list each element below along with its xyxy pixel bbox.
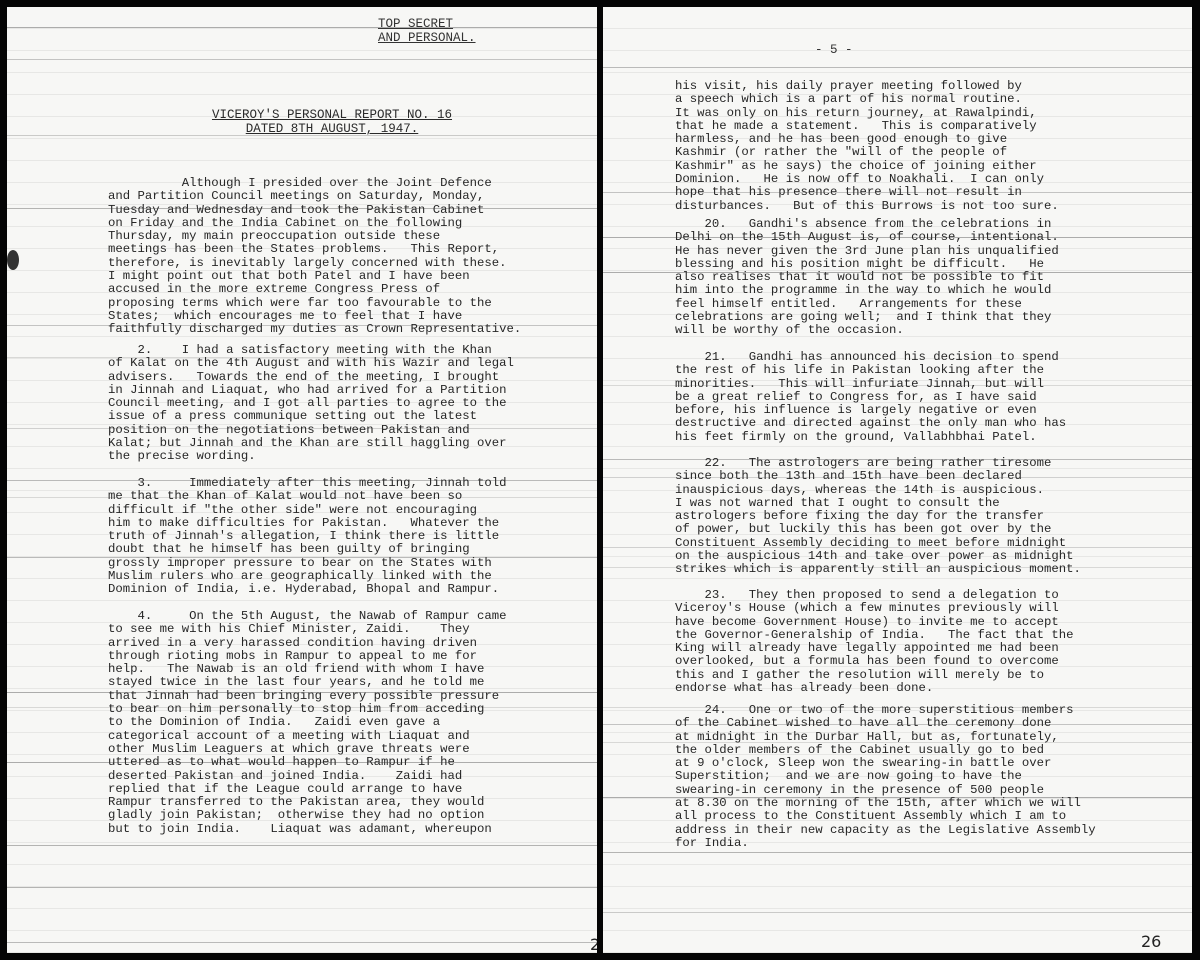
scan-line bbox=[7, 692, 597, 693]
page-number: - 5 - bbox=[815, 43, 853, 57]
text-line: issue of a press communique setting out … bbox=[108, 410, 514, 423]
scan-line bbox=[603, 385, 1192, 386]
text-line: Muslim rulers who are geographically lin… bbox=[108, 570, 506, 583]
scan-line bbox=[603, 912, 1192, 913]
scan-line bbox=[603, 742, 1192, 743]
scan-line bbox=[7, 135, 597, 136]
text-line: It was only on his return journey, at Ra… bbox=[675, 107, 1059, 120]
scan-line bbox=[603, 567, 1192, 568]
text-line: difficult if "the other side" were not e… bbox=[108, 504, 506, 517]
scan-line bbox=[603, 724, 1192, 725]
text-line: address in their new capacity as the Leg… bbox=[675, 824, 1096, 837]
text-line: feel himself entitled. Arrangements for … bbox=[675, 298, 1059, 311]
text-line: Tuesday and Wednesday and took the Pakis… bbox=[108, 204, 521, 217]
scan-line bbox=[603, 707, 1192, 708]
paragraph-23: 23. They then proposed to send a delegat… bbox=[675, 589, 1073, 695]
text-line: help. The Nawab is an old friend with wh… bbox=[108, 663, 506, 676]
text-line: to bear on him personally to stop him fr… bbox=[108, 703, 506, 716]
text-line: stayed twice in the last four years, and… bbox=[108, 676, 506, 689]
text-line: to the Dominion of India. Zaidi even gav… bbox=[108, 716, 506, 729]
text-line: but to join India. Liaquat was adamant, … bbox=[108, 823, 506, 836]
text-line: gladly join Pakistan; otherwise they had… bbox=[108, 809, 506, 822]
scan-line bbox=[603, 852, 1192, 853]
paragraph-21: 21. Gandhi has announced his decision to… bbox=[675, 351, 1066, 444]
scan-line bbox=[603, 272, 1192, 273]
scan-line bbox=[603, 192, 1192, 193]
scan-line bbox=[603, 477, 1192, 478]
scan-line bbox=[7, 707, 597, 708]
text-line: replied that if the League could arrange… bbox=[108, 783, 506, 796]
scan-line bbox=[7, 325, 597, 326]
text-line: Rampur transferred to the Pakistan area,… bbox=[108, 796, 506, 809]
text-line: truth of Jinnah's allegation, I think th… bbox=[108, 530, 506, 543]
text-line: disturbances. But of this Burrows is not… bbox=[675, 200, 1059, 213]
text-line: him into the programme in the way to whi… bbox=[675, 284, 1059, 297]
scan-line bbox=[7, 208, 597, 209]
paragraph-19-continued: his visit, his daily prayer meeting foll… bbox=[675, 80, 1059, 213]
text-line: Kalat; but Jinnah and the Khan are still… bbox=[108, 437, 514, 450]
text-line: grossly improper pressure to bear on the… bbox=[108, 557, 506, 570]
report-title-line-2: DATED 8TH AUGUST, 1947. bbox=[32, 122, 597, 136]
text-line: his feet firmly on the ground, Vallabhbh… bbox=[675, 431, 1066, 444]
report-title-line-1: VICEROY'S PERSONAL REPORT NO. 16 bbox=[32, 108, 597, 122]
text-line: Thursday, my main preoccupation outside … bbox=[108, 230, 521, 243]
scan-line bbox=[7, 942, 597, 943]
text-line: all process to the Constituent Assembly … bbox=[675, 810, 1096, 823]
text-line: Constituent Assembly deciding to meet be… bbox=[675, 537, 1081, 550]
text-line: in Jinnah and Liaquat, who had arrived f… bbox=[108, 384, 514, 397]
text-line: advisers. Towards the end of the meeting… bbox=[108, 371, 514, 384]
text-line: destructive and directed against the onl… bbox=[675, 417, 1066, 430]
scan-line bbox=[7, 845, 597, 846]
text-line: the rest of his life in Pakistan looking… bbox=[675, 364, 1066, 377]
text-line: harmless, and he has been good enough to… bbox=[675, 133, 1059, 146]
text-line: him to make difficulties for Pakistan. W… bbox=[108, 517, 506, 530]
text-line: Superstition; and we are now going to ha… bbox=[675, 770, 1096, 783]
text-line: his visit, his daily prayer meeting foll… bbox=[675, 80, 1059, 93]
text-line: other Muslim Leaguers at which grave thr… bbox=[108, 743, 506, 756]
text-line: this and I gather the resolution will me… bbox=[675, 669, 1073, 682]
text-line: States; which encourages me to feel that… bbox=[108, 310, 521, 323]
paragraph-24: 24. One or two of the more superstitious… bbox=[675, 704, 1096, 850]
text-line: a speech which is a part of his normal r… bbox=[675, 93, 1059, 106]
text-line: of power, but luckily this has been got … bbox=[675, 523, 1081, 536]
scan-line bbox=[7, 480, 597, 481]
punch-hole-mark bbox=[7, 250, 19, 270]
text-line: the precise wording. bbox=[108, 450, 514, 463]
text-line: to see me with his Chief Minister, Zaidi… bbox=[108, 623, 506, 636]
text-line: proposing terms which were far too favou… bbox=[108, 297, 521, 310]
text-line: on the auspicious 14th and take over pow… bbox=[675, 550, 1081, 563]
text-line: astrologers before fixing the day for th… bbox=[675, 510, 1081, 523]
text-line: at 9 o'clock, Sleep won the swearing-in … bbox=[675, 757, 1096, 770]
paragraph-2: 2. I had a satisfactory meeting with the… bbox=[108, 344, 514, 464]
text-line: before, his influence is largely negativ… bbox=[675, 404, 1066, 417]
scan-line bbox=[7, 27, 597, 28]
text-line: have become Government House) to invite … bbox=[675, 616, 1073, 629]
text-line: 21. Gandhi has announced his decision to… bbox=[675, 351, 1066, 364]
text-line: 23. They then proposed to send a delegat… bbox=[675, 589, 1073, 602]
text-line: He has never given the 3rd June plan his… bbox=[675, 245, 1059, 258]
text-line: through rioting mobs in Rampur to appeal… bbox=[108, 650, 506, 663]
text-line: the older members of the Cabinet usually… bbox=[675, 744, 1096, 757]
scan-line bbox=[7, 557, 597, 558]
document-page-right: - 5 - his visit, his daily prayer meetin… bbox=[603, 7, 1192, 953]
scan-line bbox=[603, 547, 1192, 548]
text-line: Council meeting, and I got all parties t… bbox=[108, 397, 514, 410]
scan-line bbox=[7, 357, 597, 358]
text-line: swearing-in ceremony in the presence of … bbox=[675, 784, 1096, 797]
scan-line bbox=[603, 459, 1192, 460]
text-line: 4. On the 5th August, the Nawab of Rampu… bbox=[108, 610, 506, 623]
folio-number: 26 bbox=[1141, 932, 1161, 951]
scan-line bbox=[7, 762, 597, 763]
text-line: of Kalat on the 4th August and with his … bbox=[108, 357, 514, 370]
text-line: 20. Gandhi's absence from the celebratio… bbox=[675, 218, 1059, 231]
text-line: Kashmir (or rather the "will of the peop… bbox=[675, 146, 1059, 159]
text-line: meetings has been the States problems. T… bbox=[108, 243, 521, 256]
text-line: arrived in a very harassed condition hav… bbox=[108, 637, 506, 650]
scan-line bbox=[7, 887, 597, 888]
text-line: I might point out that both Patel and I … bbox=[108, 270, 521, 283]
text-line: endorse what has already been done. bbox=[675, 682, 1073, 695]
text-line: 2. I had a satisfactory meeting with the… bbox=[108, 344, 514, 357]
text-line: therefore, is inevitably largely concern… bbox=[108, 257, 521, 270]
text-line: inauspicious days, whereas the 14th is a… bbox=[675, 484, 1081, 497]
text-line: deserted Pakistan and joined India. Zaid… bbox=[108, 770, 506, 783]
classification-line-1: TOP SECRET bbox=[378, 17, 476, 31]
scan-line bbox=[7, 59, 597, 60]
text-line: for India. bbox=[675, 837, 1096, 850]
text-line: blessing and his position might be diffi… bbox=[675, 258, 1059, 271]
paragraph-4: 4. On the 5th August, the Nawab of Rampu… bbox=[108, 610, 506, 836]
text-line: Dominion. He is now off to Noakhali. I c… bbox=[675, 173, 1059, 186]
scan-line bbox=[603, 237, 1192, 238]
text-line: that he made a statement. This is compar… bbox=[675, 120, 1059, 133]
text-line: 3. Immediately after this meeting, Jinna… bbox=[108, 477, 506, 490]
text-line: Viceroy's House (which a few minutes pre… bbox=[675, 602, 1073, 615]
classification-stamp: TOP SECRET AND PERSONAL. bbox=[378, 17, 476, 45]
text-line: accused in the more extreme Congress Pre… bbox=[108, 283, 521, 296]
report-title: VICEROY'S PERSONAL REPORT NO. 16 DATED 8… bbox=[7, 108, 597, 136]
paragraph-22: 22. The astrologers are being rather tir… bbox=[675, 457, 1081, 577]
text-line: will be worthy of the occasion. bbox=[675, 324, 1059, 337]
document-page-left: TOP SECRET AND PERSONAL. VICEROY'S PERSO… bbox=[7, 7, 597, 953]
text-line: categorical account of a meeting with Li… bbox=[108, 730, 506, 743]
text-line: be a great relief to Congress for, as I … bbox=[675, 391, 1066, 404]
text-line: at 8.30 on the morning of the 15th, afte… bbox=[675, 797, 1096, 810]
paragraph-3: 3. Immediately after this meeting, Jinna… bbox=[108, 477, 506, 597]
folio-number: 2 bbox=[590, 935, 597, 953]
text-line: strikes which is apparently still an aus… bbox=[675, 563, 1081, 576]
text-line: Dominion of India, i.e. Hyderabad, Bhopa… bbox=[108, 583, 506, 596]
text-line: and Partition Council meetings on Saturd… bbox=[108, 190, 521, 203]
text-line: overlooked, but a formula has been found… bbox=[675, 655, 1073, 668]
text-line: also realises that it would not be possi… bbox=[675, 271, 1059, 284]
classification-line-2: AND PERSONAL. bbox=[378, 31, 476, 45]
text-line: the Governor-Generalship of India. The f… bbox=[675, 629, 1073, 642]
text-line: hope that his presence there will not re… bbox=[675, 186, 1059, 199]
scan-line bbox=[603, 797, 1192, 798]
paragraph-intro: Although I presided over the Joint Defen… bbox=[108, 177, 521, 337]
text-line: on Friday and the India Cabinet on the f… bbox=[108, 217, 521, 230]
text-line: Kashmir" as he says) the choice of joini… bbox=[675, 160, 1059, 173]
text-line: King will already have legally appointed… bbox=[675, 642, 1073, 655]
text-line: doubt that he himself has been guilty of… bbox=[108, 543, 506, 556]
scan-line bbox=[603, 67, 1192, 68]
text-line: I was not warned that I ought to consult… bbox=[675, 497, 1081, 510]
scan-line bbox=[7, 428, 597, 429]
paragraph-20: 20. Gandhi's absence from the celebratio… bbox=[675, 218, 1059, 338]
text-line: position on the negotiations between Pak… bbox=[108, 424, 514, 437]
scan-line bbox=[7, 497, 597, 498]
text-line: celebrations are going well; and I think… bbox=[675, 311, 1059, 324]
text-line: Although I presided over the Joint Defen… bbox=[108, 177, 521, 190]
text-line: 24. One or two of the more superstitious… bbox=[675, 704, 1096, 717]
